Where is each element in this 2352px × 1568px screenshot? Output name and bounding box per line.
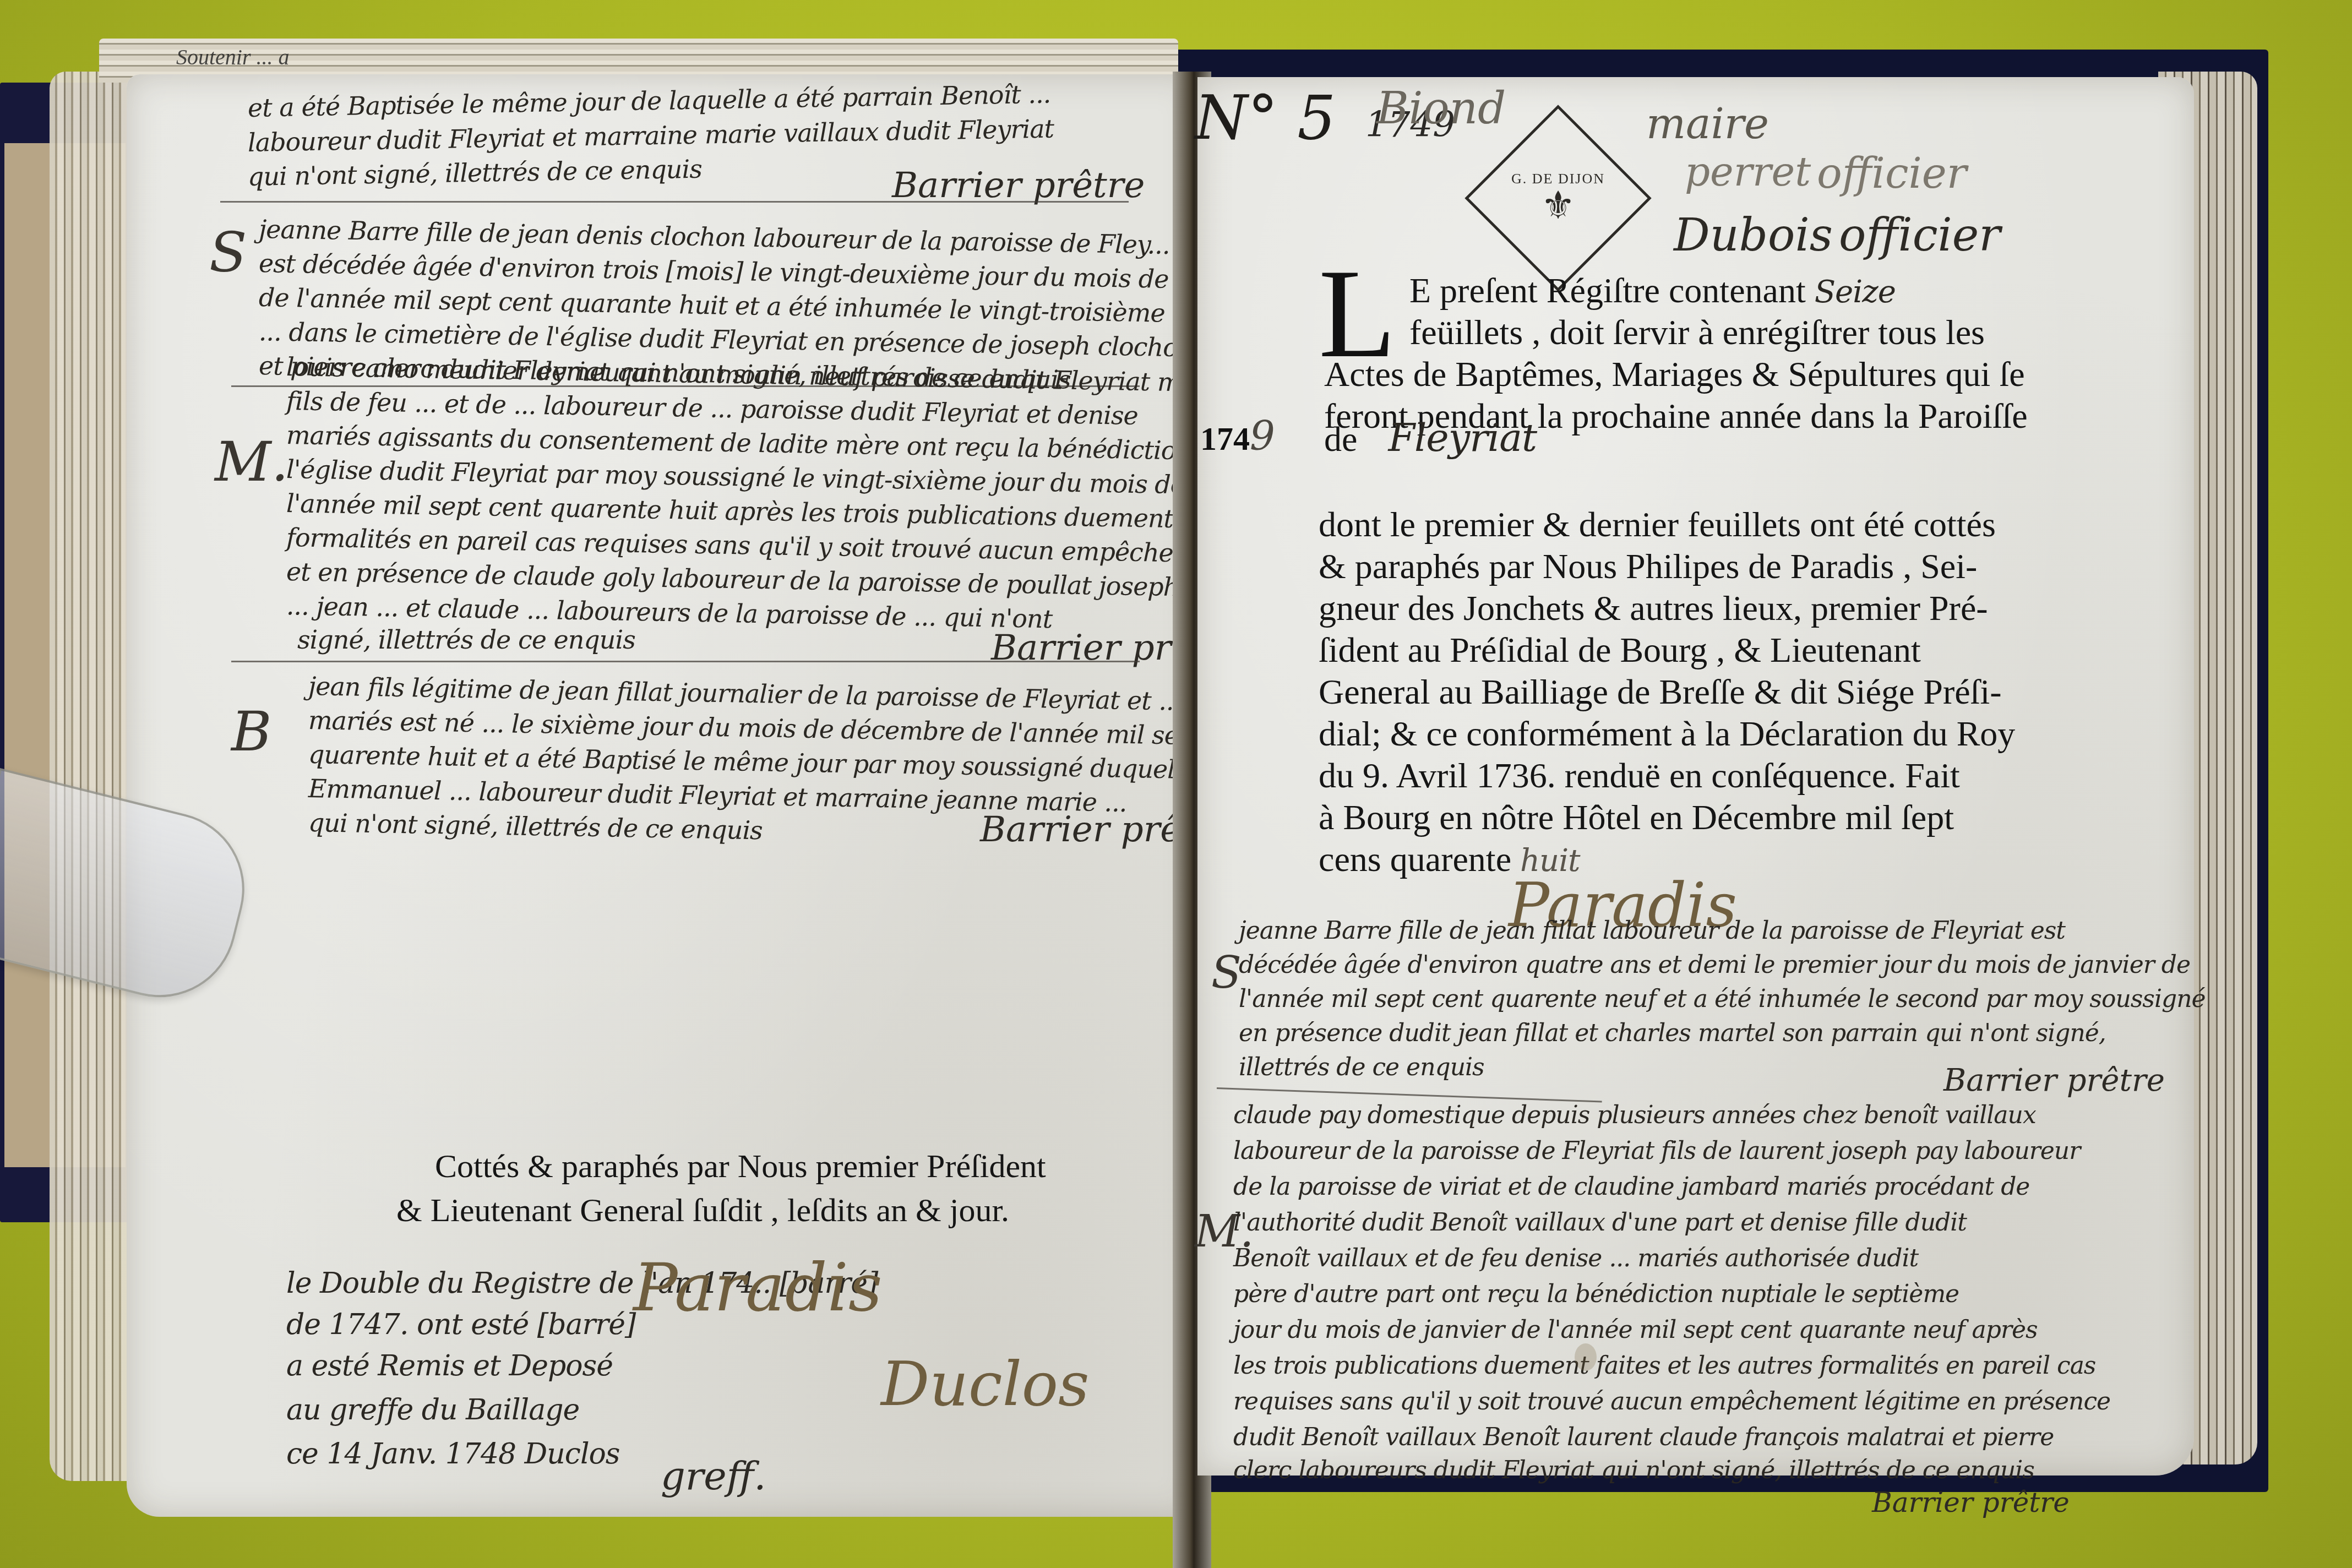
handwritten-line: claude pay domestique depuis plusieurs a… <box>1233 1098 2036 1133</box>
fleur-de-lis-icon: ⚜ <box>1511 187 1605 226</box>
handwritten-leaf-count: Seize <box>1815 274 1896 310</box>
priest-signature: Barrier prêtre <box>1943 1063 2165 1098</box>
margin-mark-bapteme: B <box>231 699 272 764</box>
greffier-signature: greff. <box>661 1453 766 1499</box>
ink-stain <box>1575 1343 1597 1371</box>
register-number: N° 5 <box>1195 83 1336 153</box>
official-name-2: perret <box>1685 149 1811 195</box>
printed-line: dial; & ce conformément à la Déclaration… <box>1319 713 2015 755</box>
printed-line: gneur des Jonchets & autres lieux, premi… <box>1319 587 1988 629</box>
handwritten-line: en présence dudit jean fillat et charles… <box>1239 1016 2106 1050</box>
page-stack-left-edge <box>50 72 132 1481</box>
printed-line: Actes de Baptêmes, Mariages & Sépultures… <box>1324 353 2025 395</box>
handwritten-line: jour du mois de janvier de l'année mil s… <box>1233 1313 2038 1347</box>
printed-line: de Fleyriat <box>1324 418 1537 460</box>
handwritten-line: requises sans qu'il y soit trouvé aucun … <box>1233 1385 2110 1419</box>
margin-mark-sepulture: S <box>1211 947 1242 998</box>
year-printed: 174 <box>1200 421 1250 457</box>
handwritten-line: père d'autre part ont reçu la bénédictio… <box>1233 1277 1959 1311</box>
printed-line: à Bourg en nôtre Hôtel en Décembre mil ſ… <box>1319 797 1954 839</box>
handwritten-line: Benoît vaillaux et de feu denise ... mar… <box>1233 1242 1918 1276</box>
handwritten-line: décédée âgée d'environ quatre ans et dem… <box>1239 948 2190 982</box>
printed-text: de <box>1324 420 1357 459</box>
printed-footer-line-1: Cottés & paraphés par Nous premier Préſi… <box>435 1145 1046 1187</box>
priest-signature: Barrier prêtre <box>1872 1487 2070 1518</box>
printed-line: feüillets , doit ſervir à enrégiſtrer to… <box>1409 312 1985 353</box>
printed-line: ſident au Préſidial de Bourg , & Lieuten… <box>1319 629 1921 671</box>
annotation-line: au greffe du Baillage <box>286 1393 579 1427</box>
handwritten-line: l'authorité dudit Benoît vaillaux d'une … <box>1233 1206 1967 1240</box>
register-year: 1749 <box>1200 413 1275 459</box>
handwritten-parish-name: Fleyriat <box>1388 415 1537 460</box>
year-handwritten-digit: 9 <box>1250 413 1275 459</box>
handwritten-line: les trois publications duement faites et… <box>1233 1349 2095 1383</box>
printed-line: General au Bailliage de Breſſe & dit Sié… <box>1319 671 2001 713</box>
entry-divider <box>231 661 1140 662</box>
handwritten-line: de la paroisse de viriat et de claudine … <box>1233 1170 2029 1204</box>
handwritten-line: laboureur de la paroisse de Fleyriat fil… <box>1233 1134 2080 1168</box>
handwritten-line: dudit Benoît vaillaux Benoît laurent cla… <box>1233 1420 2054 1455</box>
annotation-line: ce 14 Janv. 1748 Duclos <box>286 1437 620 1471</box>
official-role-1: maire <box>1646 99 1769 148</box>
annotation-line: de 1747. ont esté [barré] <box>286 1308 635 1342</box>
annotation-line: a esté Remis et Deposé <box>286 1349 613 1383</box>
printed-footer-line-2: & Lieutenant General ſuſdit , leſdits an… <box>396 1189 1009 1231</box>
priest-signature: Barrier prêtre <box>892 165 1145 206</box>
official-role-2: officier <box>1817 149 1967 198</box>
official-name-3: Dubois <box>1674 209 1833 262</box>
entry-divider <box>220 201 1129 203</box>
official-name-1: Biond <box>1376 83 1506 134</box>
printed-line: & paraphés par Nous Philipes de Paradis … <box>1319 546 1977 587</box>
handwritten-line: l'année mil sept cent quarente neuf et a… <box>1239 982 2206 1016</box>
margin-mark-mariage: M. <box>215 429 288 494</box>
handwritten-line: clerc laboureurs dudit Fleyriat qui n'on… <box>1233 1453 2034 1488</box>
printed-line: E preſent Régiſtre contenant Seize <box>1409 270 1896 312</box>
printed-text: cens quarente <box>1319 840 1511 879</box>
printed-text: E preſent Régiſtre contenant <box>1409 271 1806 310</box>
handwritten-line: illettrés de ce enquis <box>1239 1050 1484 1085</box>
printed-line: dont le premier & dernier feuillets ont … <box>1319 504 1996 546</box>
duclos-signature: Duclos <box>881 1349 1090 1419</box>
printed-line: du 9. Avril 1736. renduë en conſéquence.… <box>1319 755 1960 797</box>
official-role-3: officier <box>1839 209 2001 262</box>
handwritten-line: jeanne Barre fille de jean fillat labour… <box>1239 914 2065 948</box>
top-edge-label: Soutenir ... a <box>176 44 290 70</box>
drop-cap: L <box>1319 259 1396 369</box>
paradis-signature: Paradis <box>633 1250 883 1326</box>
handwritten-line: signé, illettrés de ce enquis <box>297 623 635 657</box>
margin-mark-sepulture: S <box>209 220 247 285</box>
